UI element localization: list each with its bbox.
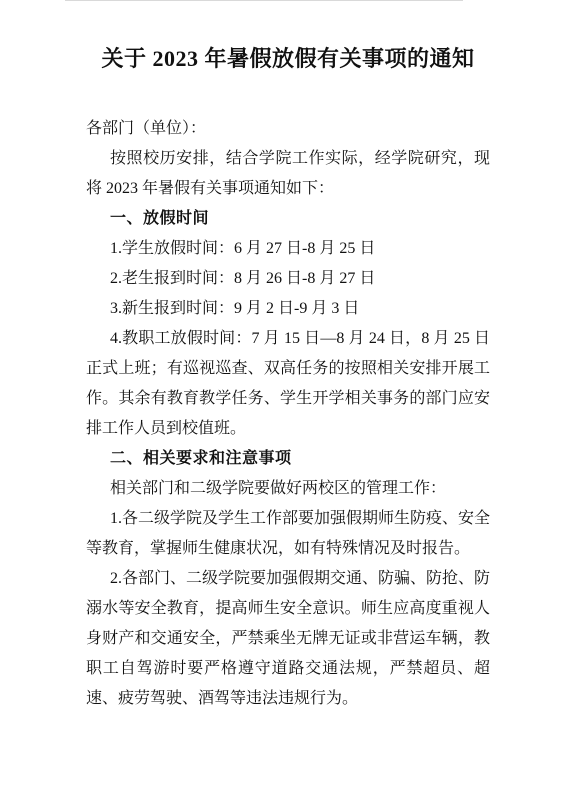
intro-paragraph: 按照校历安排，结合学院工作实际，经学院研究，现将 2023 年暑假有关事项通知如… [86, 144, 490, 204]
section-2-item-health-safety: 1.各二级学院及学生工作部要加强假期师生防疫、安全等教育，掌握师生健康状况，如有… [86, 504, 490, 564]
document-page: 关于 2023 年暑假放假有关事项的通知 各部门（单位）： 按照校历安排，结合学… [0, 0, 565, 800]
section-1-item-returning-students: 2.老生报到时间：8 月 26 日-8 月 27 日 [86, 264, 490, 294]
section-1-item-new-students: 3.新生报到时间：9 月 2 日-9 月 3 日 [86, 294, 490, 324]
section-1-item-student-holiday: 1.学生放假时间：6 月 27 日-8 月 25 日 [86, 234, 490, 264]
section-2-item-traffic-safety: 2.各部门、二级学院要加强假期交通、防骗、防抢、防溺水等安全教育，提高师生安全意… [86, 564, 490, 714]
section-1-heading: 一、放假时间 [86, 204, 490, 234]
section-2-heading: 二、相关要求和注意事项 [86, 444, 490, 474]
notice-title: 关于 2023 年暑假放假有关事项的通知 [86, 42, 490, 76]
section-1-item-staff-holiday: 4.教职工放假时间：7 月 15 日—8 月 24 日，8 月 25 日正式上班… [86, 324, 490, 444]
document-content: 关于 2023 年暑假放假有关事项的通知 各部门（单位）： 按照校历安排，结合学… [86, 42, 490, 714]
section-2-lead: 相关部门和二级学院要做好两校区的管理工作： [86, 474, 490, 504]
scan-artifact-line [65, 0, 463, 1]
salutation-line: 各部门（单位）： [86, 114, 490, 144]
